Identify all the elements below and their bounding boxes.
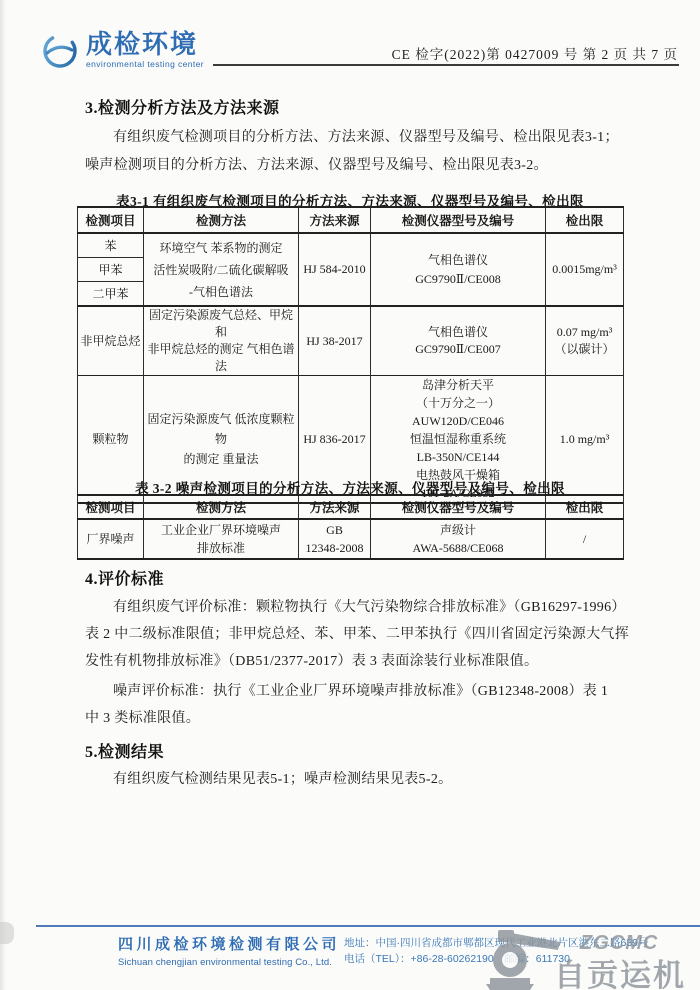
cell-limit-nmhc: 0.07 mg/m³ （以碳计） bbox=[546, 306, 624, 376]
section3-line1: 有组织废气检测项目的分析方法、方法来源、仪器型号及编号、检出限见表3-1； bbox=[85, 124, 645, 152]
section4-heading: 4.评价标准 bbox=[85, 566, 164, 589]
section4-paragraph2: 噪声评价标准：执行《工业企业厂界环境噪声排放标准》（GB12348-2008）表… bbox=[85, 678, 645, 732]
footer-company-block: 四川成检环境检测有限公司 Sichuan chengjian environme… bbox=[118, 936, 340, 968]
watermark-name-text: 自贡运机 bbox=[554, 950, 686, 990]
logo-cn-text: 成检环境 bbox=[86, 30, 204, 58]
cell-method-benzene: 环境空气 苯系物的测定 活性炭吸附/二硫化碳解吸 -气相色谱法 bbox=[144, 233, 299, 306]
cell-instrument-nmhc: 气相色谱仪 GC9790Ⅱ/CE007 bbox=[371, 306, 546, 376]
section5-line1: 有组织废气检测结果见表5-1；噪声检测结果见表5-2。 bbox=[85, 766, 645, 794]
section4-p1-line2: 表 2 中二级标准限值；非甲烷总烃、苯、甲苯、二甲苯执行《四川省固定污染源大气挥 bbox=[85, 621, 645, 648]
cell-instrument-noise: 声级计 AWA-5688/CE068 bbox=[371, 519, 546, 559]
col-header-method: 检测方法 bbox=[144, 495, 299, 519]
section3-paragraph: 有组织废气检测项目的分析方法、方法来源、仪器型号及编号、检出限见表3-1； 噪声… bbox=[85, 124, 645, 180]
cell-method-noise: 工业企业厂界环境噪声 排放标准 bbox=[144, 519, 299, 559]
cell-item-nmhc: 非甲烷总烃 bbox=[78, 306, 144, 376]
col-header-instrument: 检测仪器型号及编号 bbox=[371, 207, 546, 233]
section4-p2-line1: 噪声评价标准：执行《工业企业厂界环境噪声排放标准》（GB12348-2008）表… bbox=[85, 678, 645, 705]
cell-limit-noise: / bbox=[546, 519, 624, 559]
scan-artifact bbox=[0, 922, 14, 944]
section3-heading: 3.检测分析方法及方法来源 bbox=[85, 95, 280, 118]
cell-item-toluene: 甲苯 bbox=[78, 258, 144, 282]
col-header-limit: 检出限 bbox=[546, 207, 624, 233]
section5-heading: 5.检测结果 bbox=[85, 739, 164, 762]
header-rule bbox=[213, 64, 679, 66]
company-logo: 成检环境 environmental testing center bbox=[40, 30, 204, 75]
cell-limit-benzene: 0.0015mg/m³ bbox=[546, 233, 624, 306]
section4-p2-line2: 中 3 类标准限值。 bbox=[85, 705, 645, 732]
cell-source-noise: GB 12348-2008 bbox=[299, 519, 371, 559]
hoist-logo-icon bbox=[476, 928, 564, 990]
cell-item-benzene: 苯 bbox=[78, 233, 144, 258]
watermark-stamp: ZGCMC 自贡运机 bbox=[476, 922, 700, 990]
col-header-source: 方法来源 bbox=[299, 207, 371, 233]
col-header-item: 检测项目 bbox=[78, 207, 144, 233]
cell-source-benzene: HJ 584-2010 bbox=[299, 233, 371, 306]
table-row: 非甲烷总烃 固定污染源废气总烃、甲烷和 非甲烷总烃的测定 气相色谱法 HJ 38… bbox=[78, 306, 624, 376]
col-header-source: 方法来源 bbox=[299, 495, 371, 519]
table-row: 厂界噪声 工业企业厂界环境噪声 排放标准 GB 12348-2008 声级计 A… bbox=[78, 519, 624, 559]
section4-paragraph1: 有组织废气评价标准：颗粒物执行《大气污染物综合排放标准》（GB16297-199… bbox=[85, 594, 645, 675]
col-header-item: 检测项目 bbox=[78, 495, 144, 519]
scanned-report-page: { "colors": { "brand_blue": "#2e6cb3", "… bbox=[0, 0, 700, 990]
cell-source-nmhc: HJ 38-2017 bbox=[299, 306, 371, 376]
logo-emblem-icon bbox=[40, 30, 80, 75]
document-number: CE 检字(2022)第 0427009 号 第 2 页 共 7 页 bbox=[392, 43, 678, 63]
cell-method-nmhc: 固定污染源废气总烃、甲烷和 非甲烷总烃的测定 气相色谱法 bbox=[144, 306, 299, 376]
section3-line2: 噪声检测项目的分析方法、方法来源、仪器型号及编号、检出限见表3-2。 bbox=[85, 152, 645, 180]
cell-instrument-benzene: 气相色谱仪 GC9790Ⅱ/CE008 bbox=[371, 233, 546, 306]
col-header-instrument: 检测仪器型号及编号 bbox=[371, 495, 546, 519]
col-header-method: 检测方法 bbox=[144, 207, 299, 233]
cell-item-xylene: 二甲苯 bbox=[78, 282, 144, 307]
table-row: 苯 环境空气 苯系物的测定 活性炭吸附/二硫化碳解吸 -气相色谱法 HJ 584… bbox=[78, 233, 624, 258]
logo-en-text: environmental testing center bbox=[86, 59, 204, 69]
table3-1: 检测项目 检测方法 方法来源 检测仪器型号及编号 检出限 苯 环境空气 苯系物的… bbox=[77, 206, 624, 504]
footer-company-name-cn: 四川成检环境检测有限公司 bbox=[118, 936, 340, 954]
cell-item-noise: 厂界噪声 bbox=[78, 519, 144, 559]
section4-p1-line1: 有组织废气评价标准：颗粒物执行《大气污染物综合排放标准》（GB16297-199… bbox=[85, 594, 645, 621]
footer-company-name-en: Sichuan chengjian environmental testing … bbox=[118, 957, 340, 968]
table3-2: 检测项目 检测方法 方法来源 检测仪器型号及编号 检出限 厂界噪声 工业企业厂界… bbox=[77, 494, 624, 560]
col-header-limit: 检出限 bbox=[546, 495, 624, 519]
section4-p1-line3: 发性有机物排放标准》（DB51/2377-2017）表 3 表面涂装行业标准限值… bbox=[85, 648, 645, 675]
table3-1-header-row: 检测项目 检测方法 方法来源 检测仪器型号及编号 检出限 bbox=[78, 207, 624, 233]
section5-paragraph: 有组织废气检测结果见表5-1；噪声检测结果见表5-2。 bbox=[85, 766, 645, 794]
table3-2-header-row: 检测项目 检测方法 方法来源 检测仪器型号及编号 检出限 bbox=[78, 495, 624, 519]
